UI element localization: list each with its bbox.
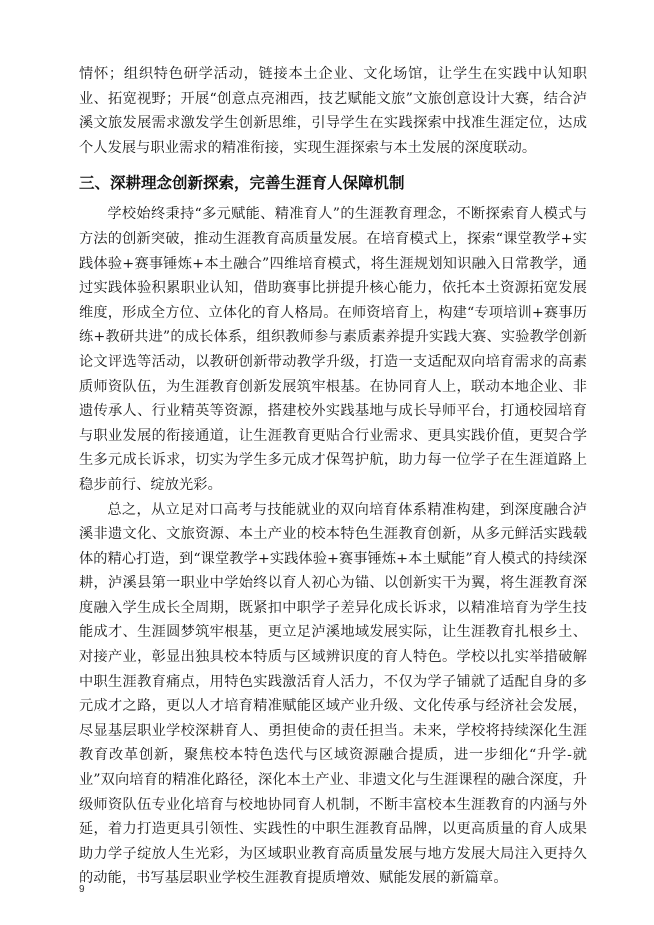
paragraph-continued: 情怀；组织特色研学活动，链接本土企业、文化场馆，让学生在实践中认知职业、拓宽视野… (79, 62, 587, 160)
paragraph-philosophy: 学校始终秉持“多元赋能、精准育人”的生涯教育理念，不断探索育人模式与方法的创新突… (79, 202, 587, 497)
section-heading: 三、深耕理念创新探索，完善生涯育人保障机制 (79, 170, 587, 196)
page-number: 9 (79, 884, 85, 895)
document-page: 情怀；组织特色研学活动，链接本土企业、文化场馆，让学生在实践中认知职业、拓宽视野… (79, 62, 587, 891)
paragraph-conclusion: 总之，从立足对口高考与技能就业的双向培育体系精准构建，到深度融合泸溪非遗文化、文… (79, 498, 587, 892)
